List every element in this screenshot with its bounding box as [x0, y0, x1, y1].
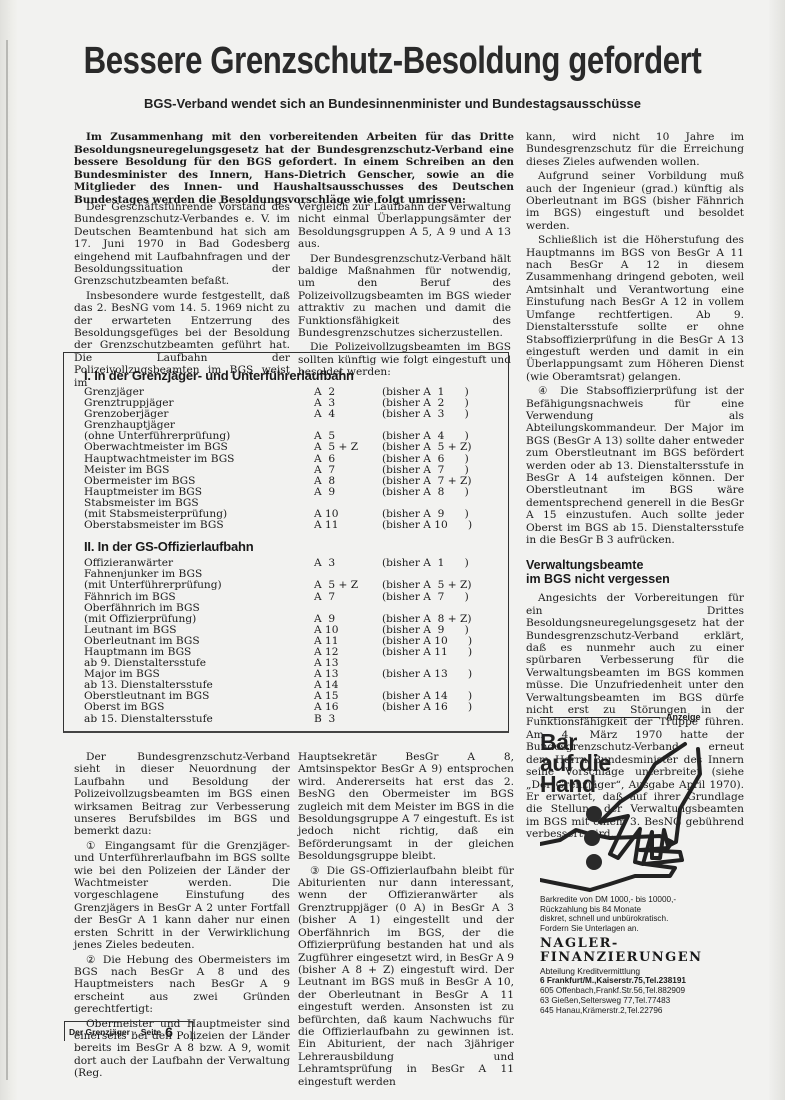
- paragraph: ① Eingangsamt für die Grenzjäger- und Un…: [74, 840, 290, 952]
- table-row: Oberst im BGSA 16(bisher A 16 ): [84, 702, 508, 713]
- previous-grade: (bisher A 11 ): [382, 647, 477, 658]
- ad-rule: [540, 717, 660, 718]
- paragraph: ② Die Hebung des Obermeisters im BGS nac…: [74, 954, 290, 1016]
- table-row: ab 15. DienstaltersstufeB 3: [84, 714, 508, 725]
- ad-text: Barkredite von DM 1000,- bis 10000,- Rüc…: [540, 895, 750, 933]
- publication-name: Der Grenzjäger: [69, 1027, 130, 1037]
- table-section-2-rows: OffizieranwärterA 3(bisher A 1 )Fahnenju…: [84, 558, 508, 724]
- ad-label-row: Anzeige: [540, 712, 750, 722]
- previous-grade: [382, 714, 477, 725]
- page-number: 6: [165, 1024, 173, 1040]
- ad-brand-line: NAGLER-: [540, 937, 750, 951]
- paper-left-edge: [0, 0, 18, 1100]
- advertisement: Anzeige Bar auf die Hand Barkredite von …: [540, 712, 750, 1052]
- rank-name: ab 15. Dienstaltersstufe: [84, 714, 314, 725]
- previous-grade: (bisher A 16 ): [382, 702, 477, 713]
- rank-name: Oberwachtmeister im BGS: [84, 442, 314, 453]
- previous-grade: (bisher A 1 ): [382, 558, 477, 569]
- paper-right-edge: [769, 0, 785, 1100]
- paragraph: Schließlich ist die Höherstufung des Hau…: [526, 234, 744, 383]
- article-intro: Im Zusammenhang mit den vorbereitenden A…: [74, 131, 514, 207]
- rank-name: Oberstabsmeister im BGS: [84, 520, 314, 531]
- new-grade: A 5 + Z: [314, 442, 382, 453]
- rank-name: (mit Unterführerprüfung): [84, 580, 314, 591]
- rank-name: Fähnrich im BGS: [84, 592, 314, 603]
- previous-grade: (bisher A 5 + Z): [382, 442, 477, 453]
- paragraph: Aufgrund seiner Vorbildung muß auch der …: [526, 170, 744, 232]
- previous-grade: (bisher A 10 ): [382, 520, 477, 531]
- new-grade: A 6: [314, 454, 382, 465]
- page-footer: Der Grenzjäger · Seite 6: [64, 1021, 193, 1041]
- ad-label: Anzeige: [666, 712, 701, 722]
- ad-address: 6 Frankfurt/M.,Kaiserstr.75,Tel.238191: [540, 976, 750, 986]
- paragraph: ③ Die GS-Offizierlaufbahn bleibt für Abi…: [298, 865, 514, 1088]
- column-5: Hauptsekretär BesGr A 8, Amtsinspektor B…: [298, 751, 514, 1090]
- new-grade: A 16: [314, 702, 382, 713]
- ad-text-line: Fordern Sie Unterlagen an.: [540, 924, 750, 934]
- table-section-1-title: I. In der Grenzjäger- und Unterführerlau…: [84, 368, 508, 383]
- paragraph: kann, wird nicht 10 Jahre im Bundesgrenz…: [526, 131, 744, 168]
- article-headline: Bessere Grenzschutz-Besoldung gefordert: [71, 40, 715, 83]
- previous-grade: (bisher A 6 ): [382, 454, 477, 465]
- article-subheadline: BGS-Verband wendet sich an Bundesinnenmi…: [0, 96, 785, 111]
- paragraph: ④ Die Stabsoffizierprüfung ist der Befäh…: [526, 385, 744, 546]
- new-grade: A 3: [314, 558, 382, 569]
- ad-body: Barkredite von DM 1000,- bis 10000,- Rüc…: [540, 895, 750, 1016]
- new-grade: A 4: [314, 409, 382, 420]
- previous-grade: (bisher A 5 + Z): [382, 580, 477, 591]
- table-section-2-title: II. In der GS-Offizierlaufbahn: [84, 539, 508, 554]
- rank-name: Oberst im BGS: [84, 702, 314, 713]
- table-row: Oberwachtmeister im BGSA 5 + Z(bisher A …: [84, 442, 508, 453]
- hands-coins-icon: [540, 734, 710, 894]
- previous-grade: (bisher A 13 ): [382, 669, 477, 680]
- ad-department: Abteilung Kreditvermittlung: [540, 966, 750, 976]
- ad-addresses: 6 Frankfurt/M.,Kaiserstr.75,Tel.238191 6…: [540, 976, 750, 1015]
- sidebar-heading: Verwaltungsbeamte im BGS nicht vergessen: [526, 558, 744, 586]
- ad-address: 63 Gießen,Seltersweg 77,Tel.77483: [540, 996, 750, 1006]
- new-grade: B 3: [314, 714, 382, 725]
- previous-grade: (bisher A 8 ): [382, 487, 477, 498]
- table-row: Hauptwachtmeister im BGSA 6(bisher A 6 ): [84, 454, 508, 465]
- table-section-1-rows: GrenzjägerA 2(bisher A 1 )Grenztruppjäge…: [84, 387, 508, 531]
- table-row: Fähnrich im BGSA 7(bisher A 7 ): [84, 592, 508, 603]
- ad-text-line: Barkredite von DM 1000,- bis 10000,-: [540, 895, 750, 905]
- table-row: (mit Unterführerprüfung)A 5 + Z(bisher A…: [84, 580, 508, 591]
- new-grade: A 11: [314, 520, 382, 531]
- new-grade: A 7: [314, 592, 382, 603]
- rank-name: Hauptwachtmeister im BGS: [84, 454, 314, 465]
- paragraph: Der Bundesgrenzschutz-Verband sieht in d…: [74, 751, 290, 838]
- ad-text-line: diskret, schnell und unbürokratisch.: [540, 914, 750, 924]
- new-grade: A 5 + Z: [314, 580, 382, 591]
- table-row: Oberstabsmeister im BGSA 11(bisher A 10 …: [84, 520, 508, 531]
- paragraph: Der Geschäftsführende Vorstand des Bunde…: [74, 201, 290, 288]
- footer-separator: ·: [134, 1027, 137, 1037]
- paragraph: Der Bundesgrenzschutz-Verband hält baldi…: [298, 253, 511, 340]
- ad-brand: NAGLER- FINANZIERUNGEN: [540, 937, 750, 965]
- sidebar-heading-line1: Verwaltungsbeamte: [526, 558, 643, 572]
- previous-grade: (bisher A 7 ): [382, 592, 477, 603]
- ad-address: 645 Hanau,Krämerstr.2,Tel.22796: [540, 1006, 750, 1016]
- ad-text-line: Rückzahlung bis 84 Monate: [540, 905, 750, 915]
- previous-grade: (bisher A 3 ): [382, 409, 477, 420]
- new-grade: A 9: [314, 487, 382, 498]
- page-label: Seite: [141, 1027, 161, 1037]
- paragraph: Vergleich zur Laufbahn der Verwaltung ni…: [298, 201, 511, 251]
- ad-brand-line: FINANZIERUNGEN: [540, 951, 750, 965]
- ad-address: 605 Offenbach,Frankf.Str.56,Tel.882909: [540, 986, 750, 996]
- paragraph: Hauptsekretär BesGr A 8, Amtsinspektor B…: [298, 751, 514, 863]
- sidebar-heading-line2: im BGS nicht vergessen: [526, 572, 670, 586]
- salary-table-box: I. In der Grenzjäger- und Unterführerlau…: [63, 352, 509, 733]
